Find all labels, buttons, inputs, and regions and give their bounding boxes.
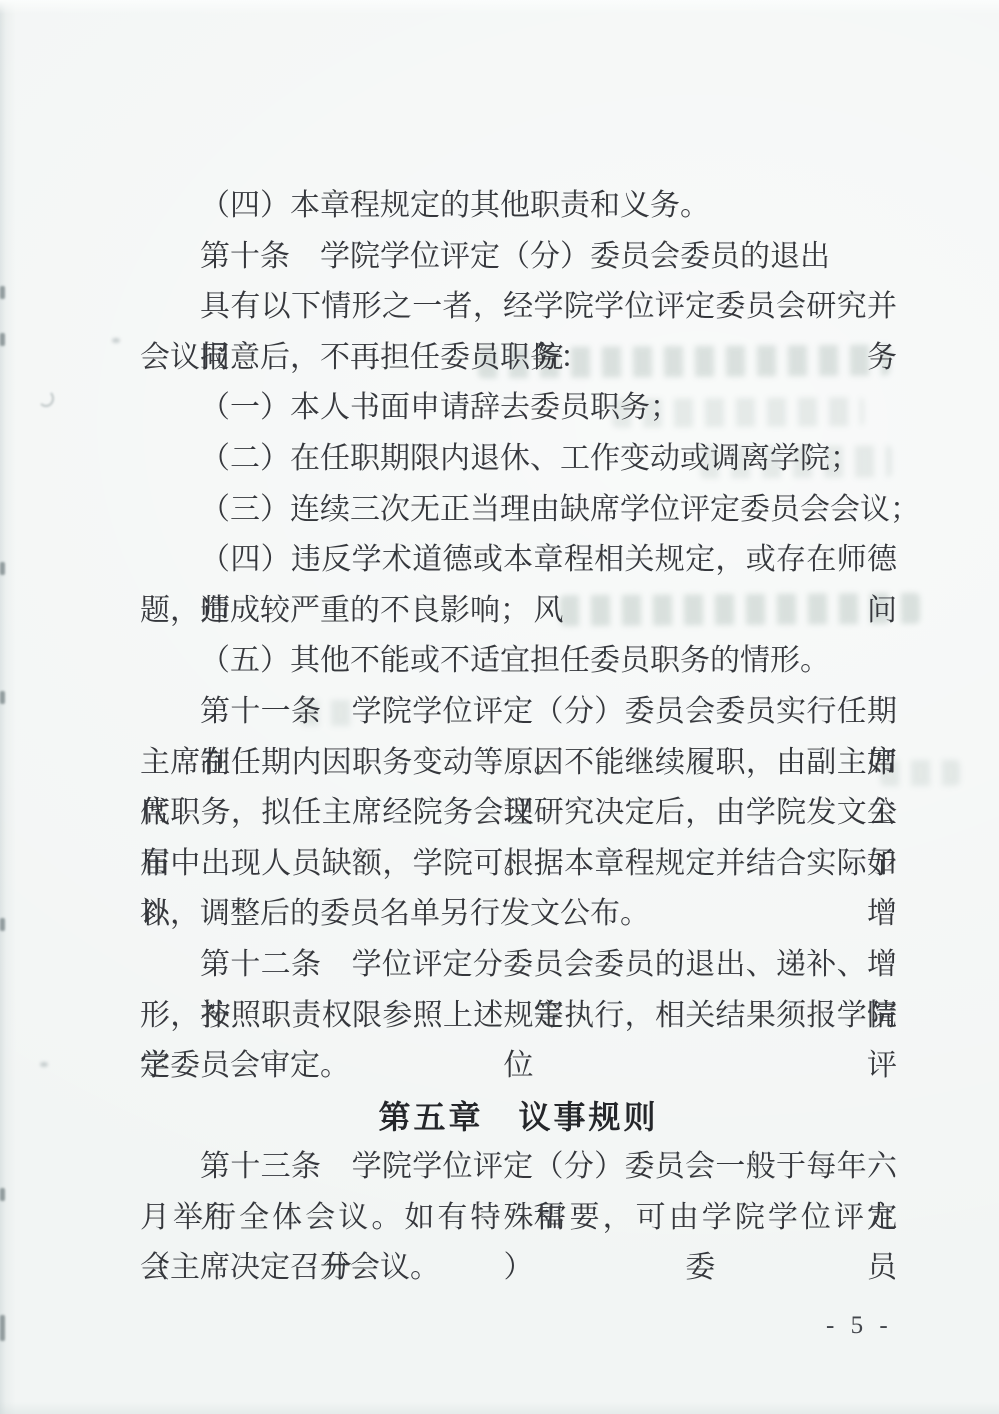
page-number: - 5 -	[826, 1312, 893, 1340]
text-line: 席职务，拟任主席经院务会议研究决定后，由学院发文公布。如	[140, 788, 897, 839]
margin-smudge	[112, 338, 120, 343]
text-line: （四）违反学术道德或本章程相关规定，或存在师德师风问	[140, 535, 897, 586]
scan-edge-mark	[0, 1315, 5, 1341]
margin-smudge	[38, 390, 54, 407]
scan-edge-mark	[0, 691, 5, 704]
scan-edge-mark	[0, 918, 5, 931]
text-line: 届中出现人员缺额，学院可根据本章程规定并结合实际予以增	[140, 839, 897, 890]
scan-edge-mark	[0, 286, 5, 299]
scan-edge-mark	[0, 1188, 5, 1201]
text-line: （二）在任职期限内退休、工作变动或调离学院；	[140, 434, 897, 485]
text-line: 第十条 学院学位评定（分）委员会委员的退出	[140, 232, 897, 283]
text-line: （三）连续三次无正当理由缺席学位评定委员会会议；	[140, 485, 897, 536]
text-line: 第十一条 学院学位评定（分）委员会委员实行任期制。如	[140, 687, 897, 738]
document-page: （四）本章程规定的其他职责和义务。第十条 学院学位评定（分）委员会委员的退出具有…	[0, 0, 999, 1414]
text-line: 具有以下情形之一者，经学院学位评定委员会研究并报院务	[140, 282, 897, 333]
text-line: 月举行全体会议。如有特殊需要，可由学院学位评定（分）委员	[140, 1193, 897, 1244]
scan-edge-mark	[0, 562, 5, 575]
text-line: （四）本章程规定的其他职责和义务。	[140, 181, 897, 232]
text-line: （五）其他不能或不适宜担任委员职务的情形。	[140, 636, 897, 687]
text-line: 形，按照职责权限参照上述规定执行，相关结果须报学院学位评	[140, 991, 897, 1042]
text-line: 第五章 议事规则	[140, 1092, 897, 1143]
document-text-column: （四）本章程规定的其他职责和义务。第十条 学院学位评定（分）委员会委员的退出具有…	[140, 181, 897, 1294]
text-line: 第十二条 学位评定分委员会委员的退出、递补、增补等情	[140, 940, 897, 991]
scan-edge-mark	[0, 333, 5, 346]
text-line: 主席在任期内因职务变动等原因不能继续履职，由副主席代理主	[140, 738, 897, 789]
margin-smudge	[40, 1062, 48, 1067]
text-line: 第十三条 学院学位评定（分）委员会一般于每年六月和九	[140, 1142, 897, 1193]
text-line: （一）本人书面申请辞去委员职务；	[140, 383, 897, 434]
